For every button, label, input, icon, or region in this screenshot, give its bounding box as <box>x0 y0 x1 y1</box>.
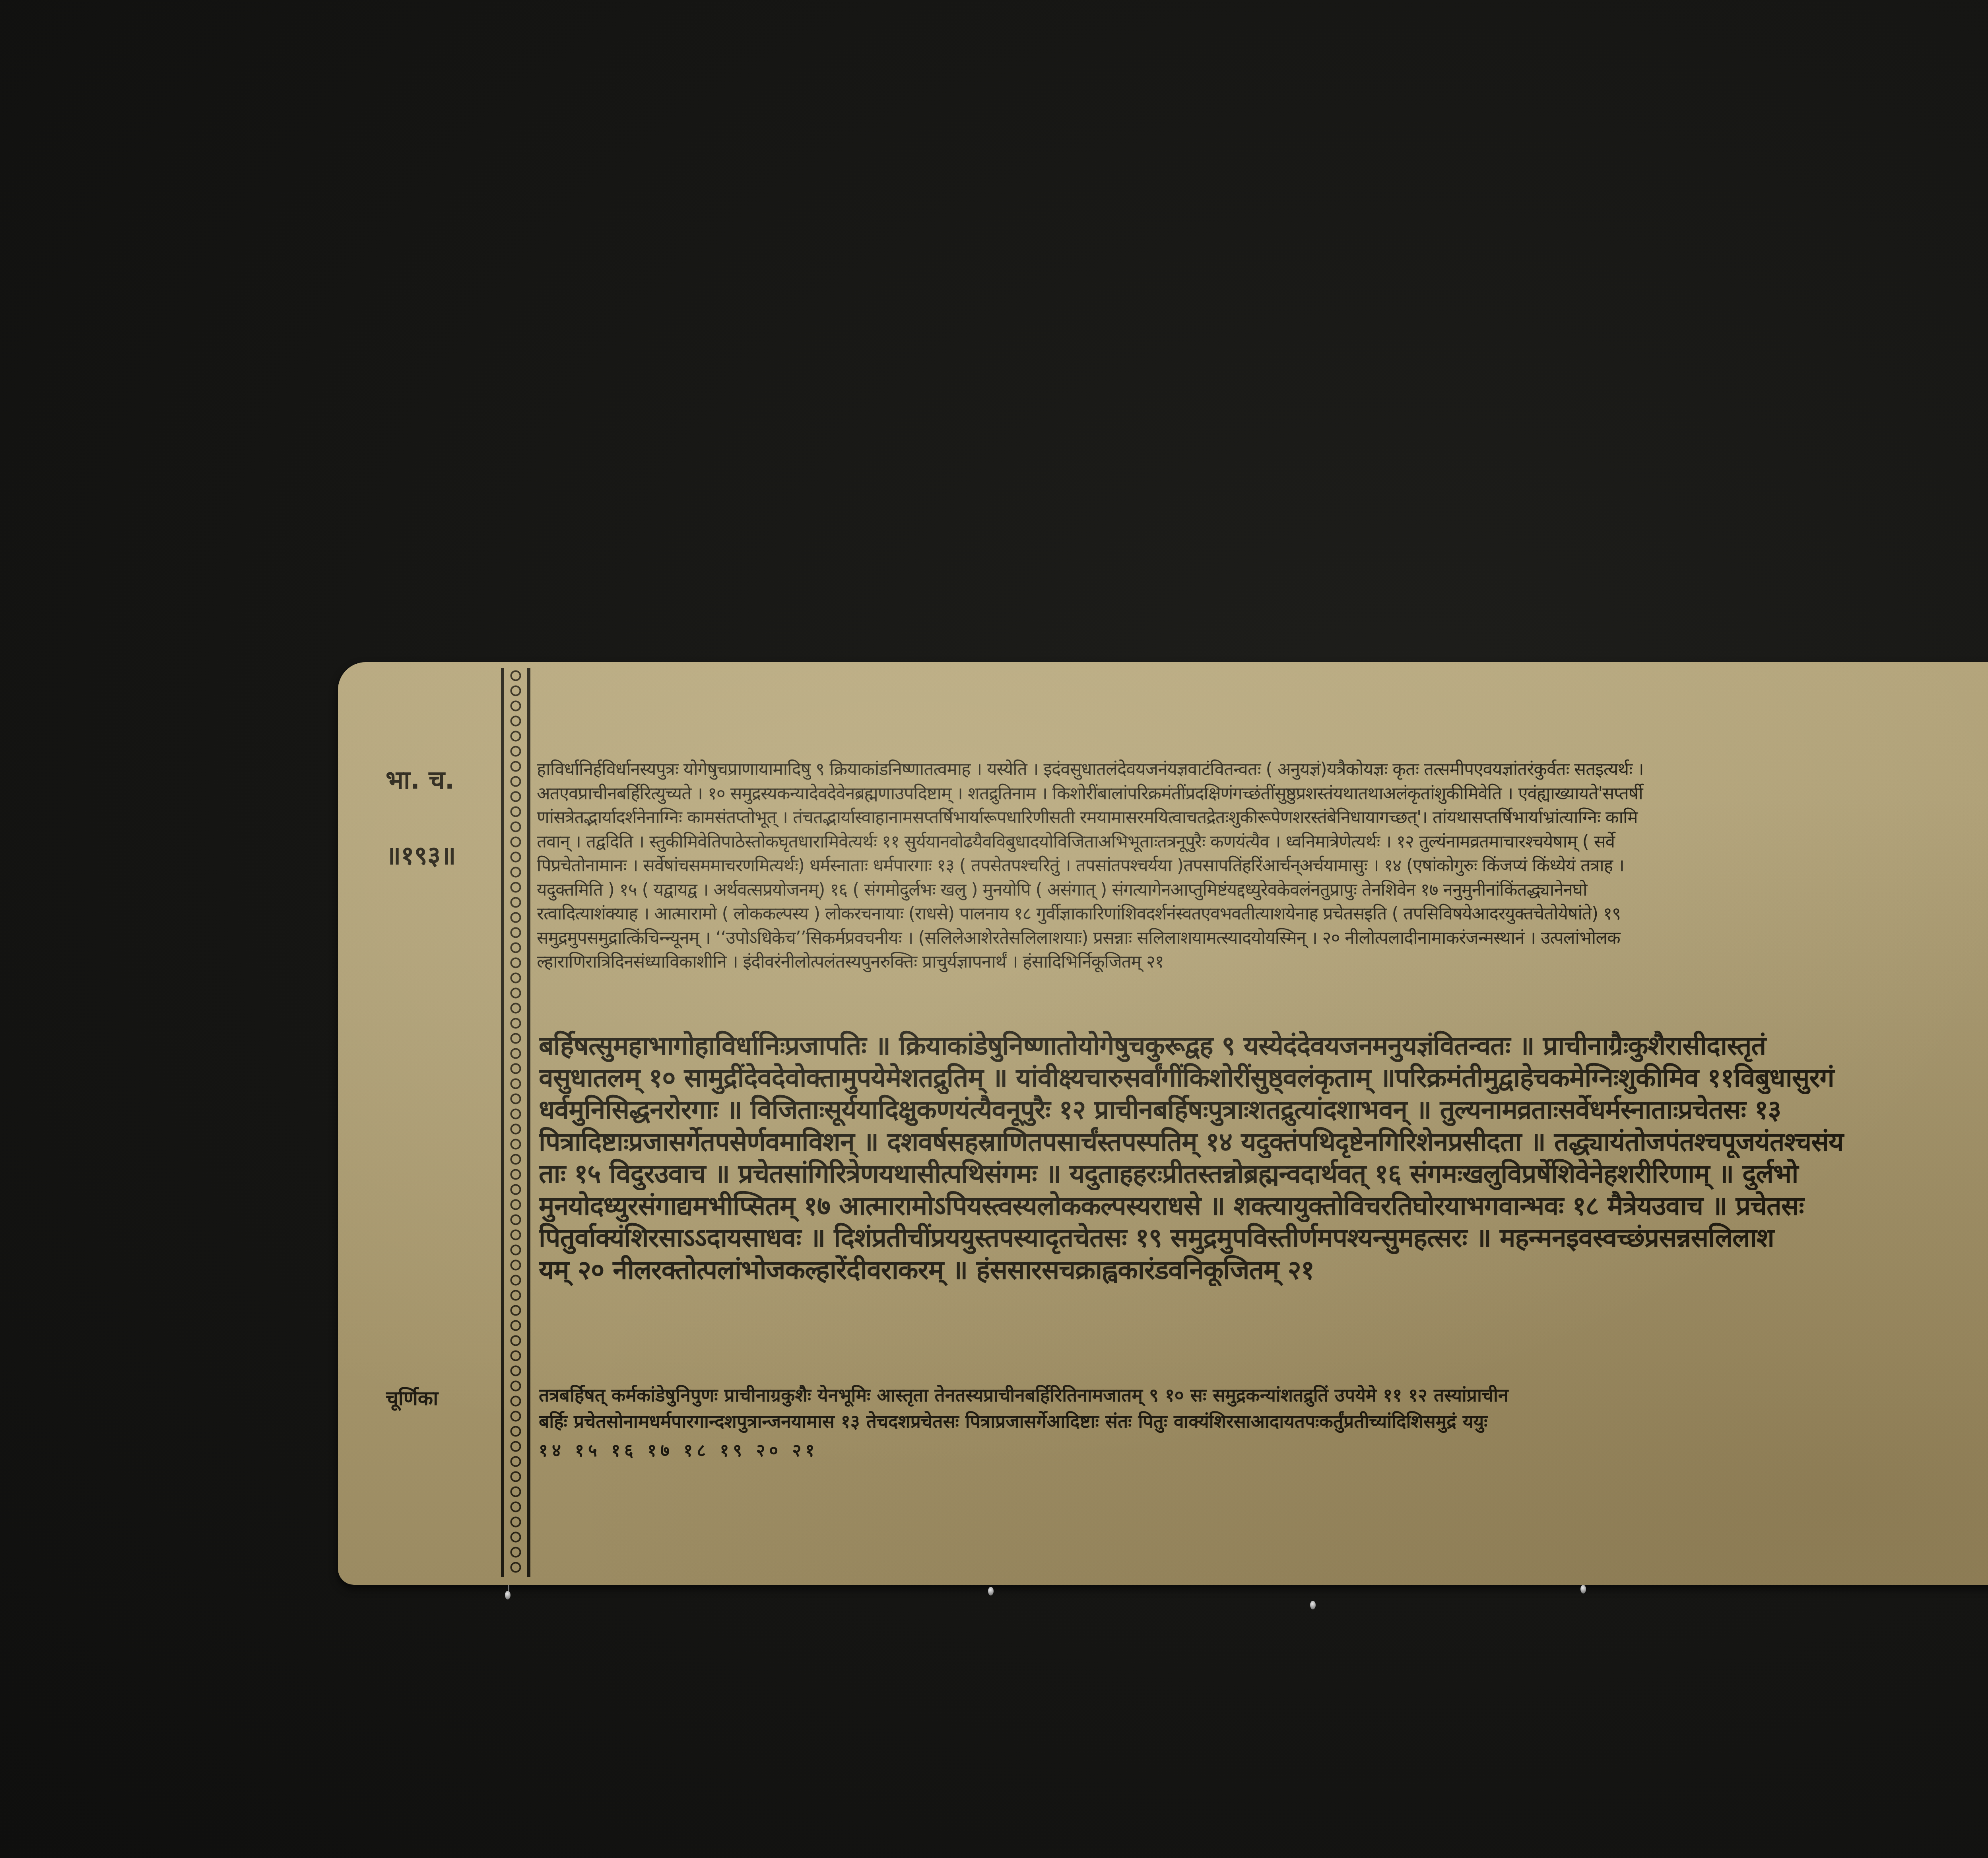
verse-line: पितुर्वाक्यंशिरसाऽऽदायसाधवः ॥ दिशंप्रतीच… <box>539 1222 1988 1254</box>
commentary-line: ल्हाराणिरात्रिदिनसंध्याविकाशीनि । इंदीवर… <box>537 950 1988 974</box>
footnote-label: चूर्णिका <box>386 1384 497 1411</box>
verse-line: ताः १५ विदुरउवाच ॥ प्रचेतसांगिरित्रेणयथा… <box>539 1158 1988 1190</box>
commentary-line: रत्वादित्याशंक्याह । आत्मारामो ( लोककल्प… <box>537 902 1988 926</box>
verse-line: वसुधातलम् १० सामुद्रींदेवदेवोक्तामुपयेमे… <box>539 1062 1988 1094</box>
title-abbreviation: भा. च. <box>386 762 497 796</box>
verse-line: यम् २० नीलरक्तोत्पलांभोजकल्हारेंदीवराकरम… <box>539 1254 1988 1287</box>
footnote-verse-numbers: १४ १५ १६ १७ १८ १९ २० २१ <box>539 1438 1988 1464</box>
mounting-pin <box>505 1591 511 1600</box>
mounting-pin <box>988 1587 994 1596</box>
folio-number-left: ॥१९३॥ <box>386 837 497 872</box>
footnote-line: तत्रबर्हिषत् कर्मकांडेषुनिपुणः प्राचीनाग… <box>539 1382 1988 1408</box>
commentary-line: अतएवप्राचीनबर्हिरित्युच्यते । १० समुद्रस… <box>537 782 1988 806</box>
verse-line: बर्हिषत्सुमहाभागोहाविर्धानिःप्रजापतिः ॥ … <box>539 1030 1988 1062</box>
commentary-line: समुद्रमुपसमुद्रात्किंचिन्न्यूनम् । ‘‘उपो… <box>537 926 1988 950</box>
footnote-block: तत्रबर्हिषत् कर्मकांडेषुनिपुणः प्राचीनाग… <box>539 1382 1988 1464</box>
commentary-block: हाविर्धानिर्हविर्धानस्यपुत्रः योगेषुचप्र… <box>537 758 1988 974</box>
verse-line: धर्वमुनिसिद्धनरोरगाः ॥ विजिताःसूर्ययादिक… <box>539 1094 1988 1126</box>
commentary-line: तवान् । तद्वदिति । स्तुकीमिवेतिपाठेस्तोक… <box>537 830 1988 854</box>
verse-block: बर्हिषत्सुमहाभागोहाविर्धानिःप्रजापतिः ॥ … <box>539 1030 1988 1286</box>
mounting-pin <box>1580 1585 1586 1594</box>
manuscript-page: भा. च. ॥१९३॥ चूर्णिका अ० ॥२४॥ श्लोकाः ९ … <box>338 662 1988 1585</box>
verse-line: मुनयोदध्युरसंगाद्यमभीप्सितम् १७ आत्माराम… <box>539 1190 1988 1222</box>
commentary-line: पिप्रचेतोनामानः । सर्वेषांचसममाचरणमित्यर… <box>537 854 1988 878</box>
commentary-line: णांसत्रेतद्भार्यादर्शनेनाग्निः कामसंतप्त… <box>537 806 1988 830</box>
ornamental-border-left <box>501 668 530 1577</box>
commentary-line: हाविर्धानिर्हविर्धानस्यपुत्रः योगेषुचप्र… <box>537 758 1988 782</box>
commentary-line: यदुक्तमिति ) १५ ( यद्वायद्व । अर्थवत्सप्… <box>537 878 1988 902</box>
mounting-pin <box>1310 1601 1316 1609</box>
footnote-line: बर्हिः प्रचेतसोनामधर्मपारगान्दशपुत्रान्ज… <box>539 1408 1988 1434</box>
verse-line: पित्रादिष्टाःप्रजासर्गेतपसेर्णवमाविशन् ॥… <box>539 1126 1988 1158</box>
